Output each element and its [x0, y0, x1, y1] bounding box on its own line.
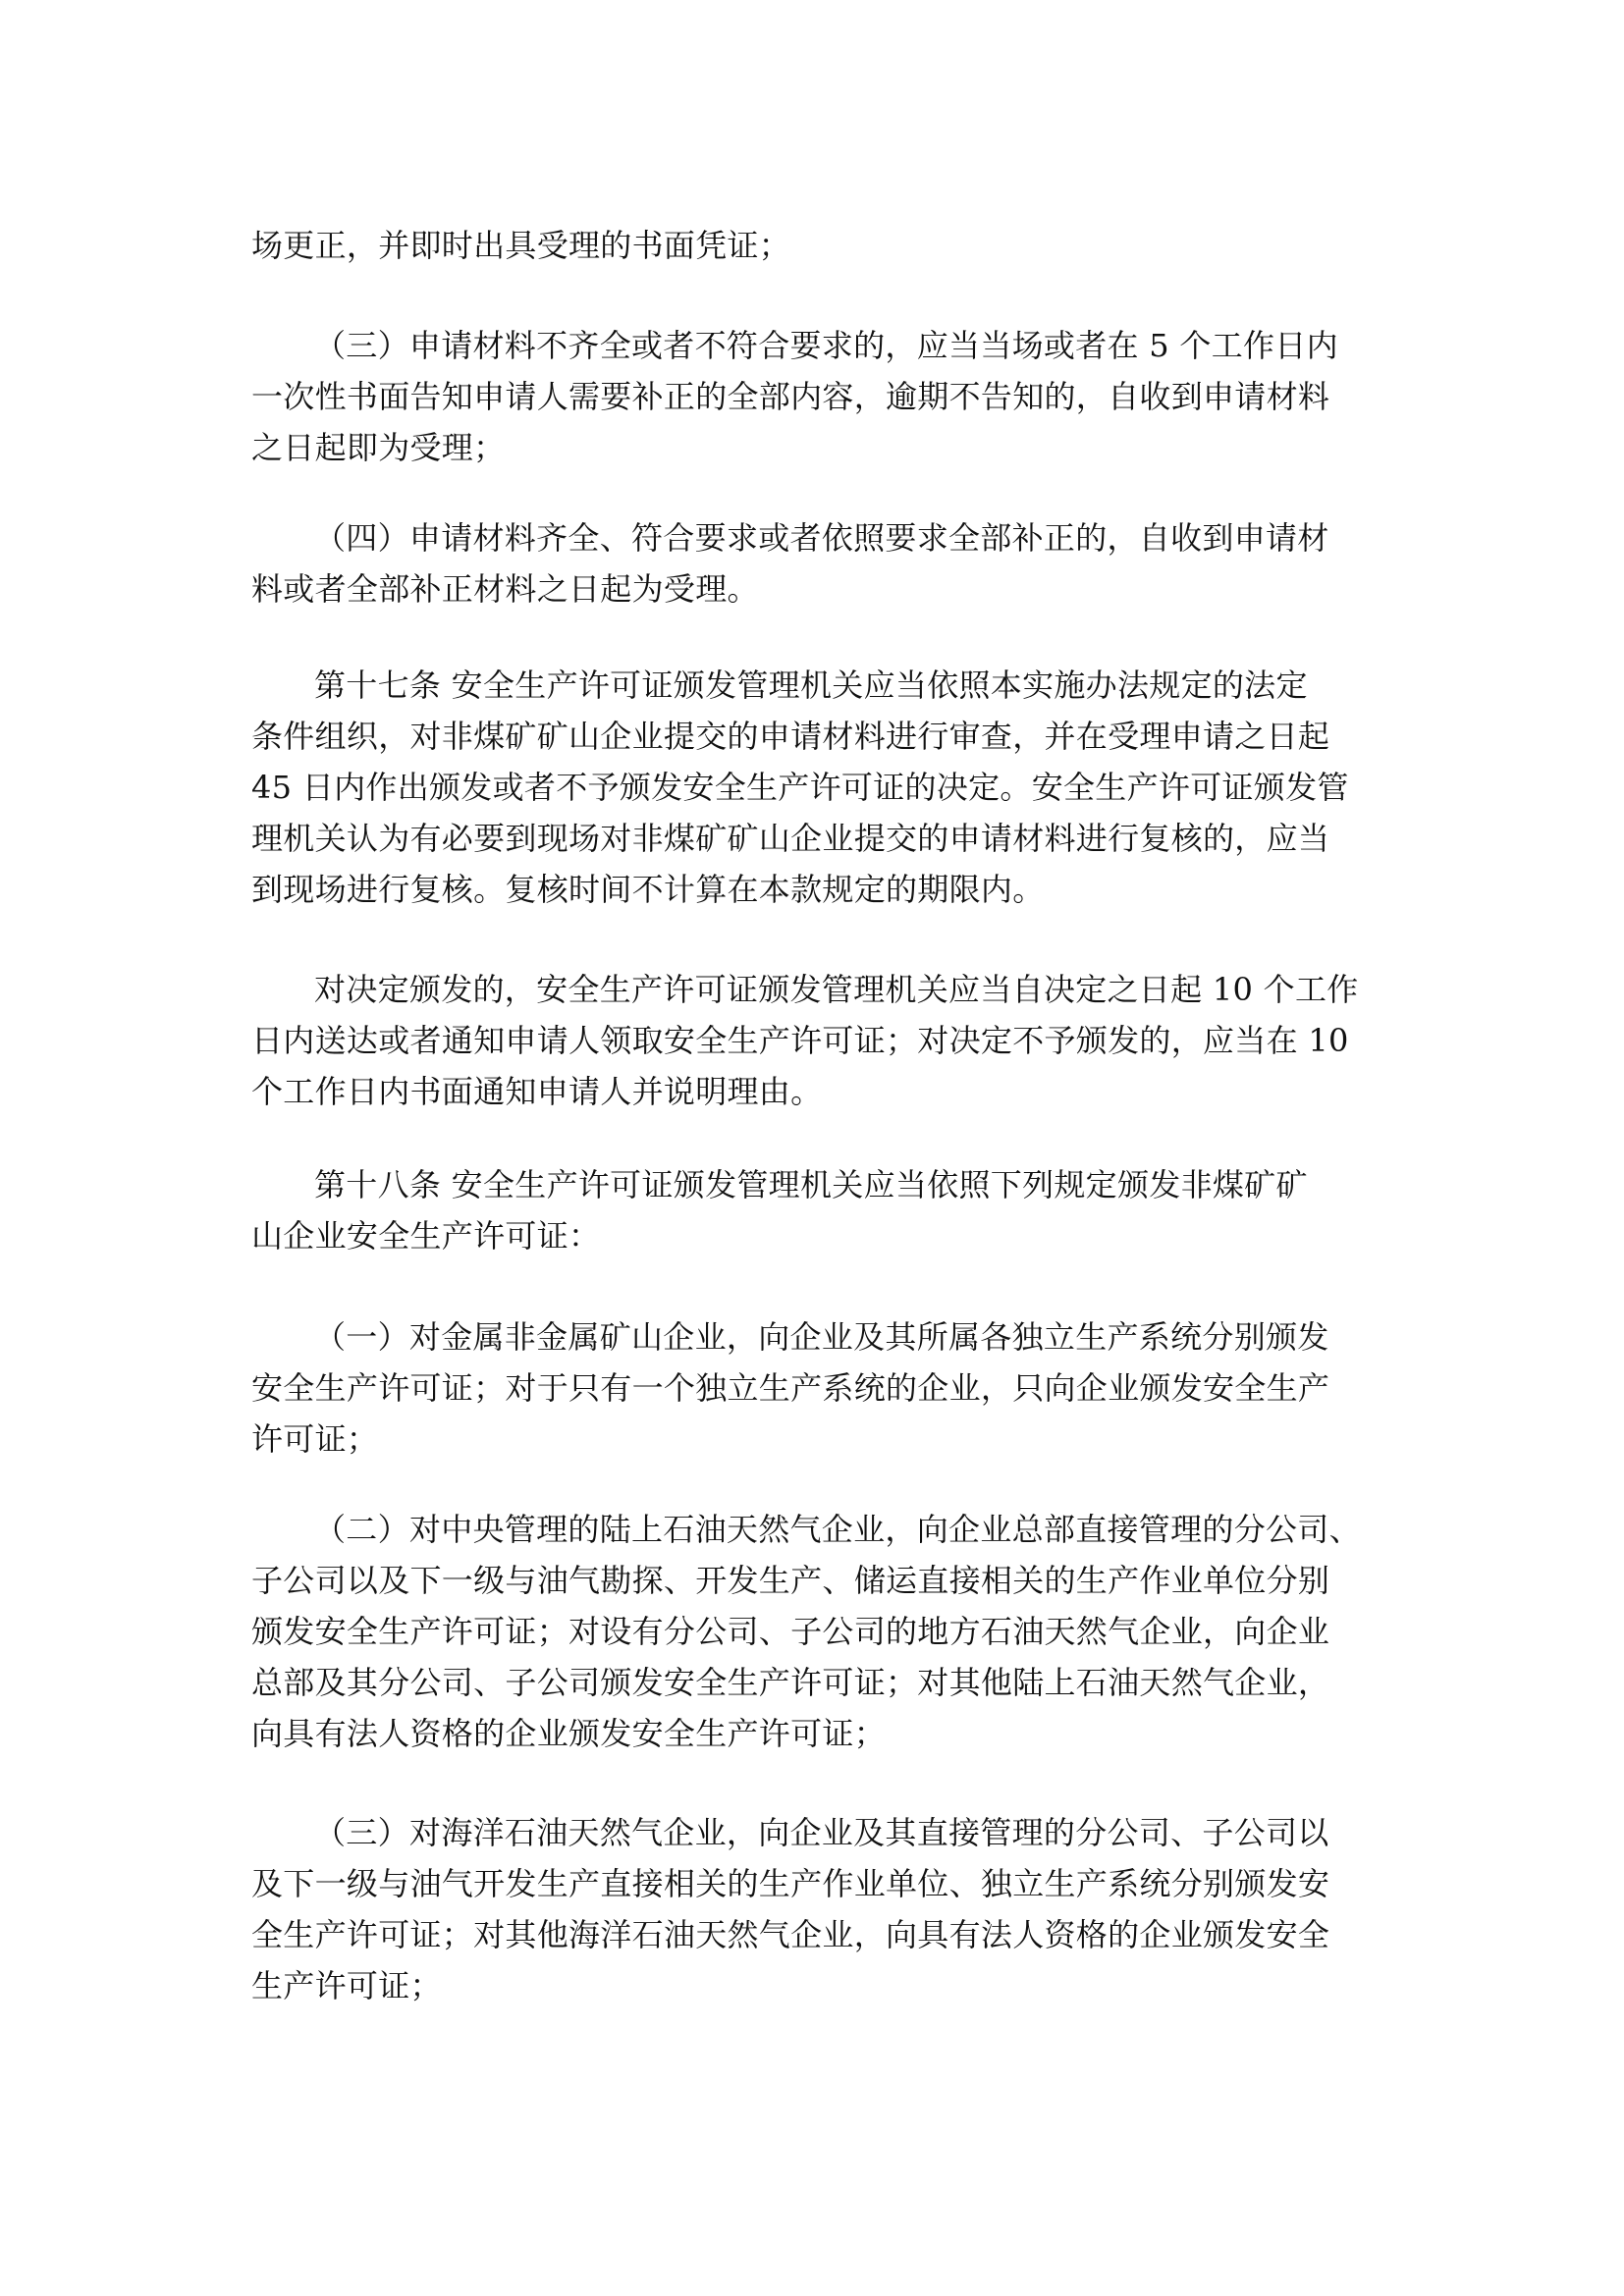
- text-line: 第十七条 安全生产许可证颁发管理机关应当依照本实施办法规定的法定: [251, 660, 1390, 711]
- text-line: 总部及其分公司、子公司颁发安全生产许可证；对其他陆上石油天然气企业，: [251, 1657, 1390, 1708]
- text-line: 第十八条 安全生产许可证颁发管理机关应当依照下列规定颁发非煤矿矿: [251, 1159, 1390, 1210]
- text-line: 安全生产许可证；对于只有一个独立生产系统的企业，只向企业颁发安全生产: [251, 1362, 1390, 1414]
- text-line: 颁发安全生产许可证；对设有分公司、子公司的地方石油天然气企业，向企业: [251, 1606, 1390, 1657]
- text-line: 生产许可证；: [251, 1960, 1390, 2011]
- paragraph-continuation: 场更正，并即时出具受理的书面凭证；: [251, 220, 1390, 271]
- text-line: （三）对海洋石油天然气企业，向企业及其直接管理的分公司、子公司以: [251, 1807, 1390, 1858]
- paragraph-article-18-item-3: （三）对海洋石油天然气企业，向企业及其直接管理的分公司、子公司以 及下一级与油气…: [251, 1807, 1390, 2011]
- paragraph-article-17: 第十七条 安全生产许可证颁发管理机关应当依照本实施办法规定的法定 条件组织，对非…: [251, 660, 1390, 915]
- text-line: 之日起即为受理；: [251, 422, 1390, 473]
- text-line: 日内送达或者通知申请人领取安全生产许可证；对决定不予颁发的，应当在 10: [251, 1015, 1390, 1066]
- text-line: 45 日内作出颁发或者不予颁发安全生产许可证的决定。安全生产许可证颁发管: [251, 762, 1390, 813]
- document-page: 场更正，并即时出具受理的书面凭证； （三）申请材料不齐全或者不符合要求的，应当当…: [0, 0, 1624, 2296]
- text-line: 子公司以及下一级与油气勘探、开发生产、储运直接相关的生产作业单位分别: [251, 1555, 1390, 1606]
- paragraph-article-18-item-1: （一）对金属非金属矿山企业，向企业及其所属各独立生产系统分别颁发 安全生产许可证…: [251, 1311, 1390, 1465]
- paragraph-article-18: 第十八条 安全生产许可证颁发管理机关应当依照下列规定颁发非煤矿矿 山企业安全生产…: [251, 1159, 1390, 1261]
- text-line: 到现场进行复核。复核时间不计算在本款规定的期限内。: [251, 864, 1390, 915]
- text-line: 全生产许可证；对其他海洋石油天然气企业，向具有法人资格的企业颁发安全: [251, 1909, 1390, 1960]
- paragraph-article-18-item-2: （二）对中央管理的陆上石油天然气企业，向企业总部直接管理的分公司、 子公司以及下…: [251, 1504, 1390, 1759]
- text-line: 一次性书面告知申请人需要补正的全部内容，逾期不告知的，自收到申请材料: [251, 371, 1390, 422]
- text-line: 场更正，并即时出具受理的书面凭证；: [251, 220, 1390, 271]
- text-line: （二）对中央管理的陆上石油天然气企业，向企业总部直接管理的分公司、: [251, 1504, 1390, 1555]
- text-line: 对决定颁发的，安全生产许可证颁发管理机关应当自决定之日起 10 个工作: [251, 964, 1390, 1015]
- paragraph-article-17-decision: 对决定颁发的，安全生产许可证颁发管理机关应当自决定之日起 10 个工作 日内送达…: [251, 964, 1390, 1117]
- paragraph-item-3-incomplete-materials: （三）申请材料不齐全或者不符合要求的，应当当场或者在 5 个工作日内 一次性书面…: [251, 320, 1390, 473]
- text-line: （一）对金属非金属矿山企业，向企业及其所属各独立生产系统分别颁发: [251, 1311, 1390, 1362]
- text-line: 及下一级与油气开发生产直接相关的生产作业单位、独立生产系统分别颁发安: [251, 1858, 1390, 1909]
- text-line: 料或者全部补正材料之日起为受理。: [251, 563, 1390, 614]
- text-line: 理机关认为有必要到现场对非煤矿矿山企业提交的申请材料进行复核的，应当: [251, 813, 1390, 864]
- text-line: 山企业安全生产许可证：: [251, 1210, 1390, 1261]
- text-line: 条件组织，对非煤矿矿山企业提交的申请材料进行审查，并在受理申请之日起: [251, 711, 1390, 762]
- text-line: 个工作日内书面通知申请人并说明理由。: [251, 1066, 1390, 1117]
- paragraph-item-4-complete-materials: （四）申请材料齐全、符合要求或者依照要求全部补正的，自收到申请材 料或者全部补正…: [251, 512, 1390, 614]
- text-line: 向具有法人资格的企业颁发安全生产许可证；: [251, 1708, 1390, 1759]
- text-line: （四）申请材料齐全、符合要求或者依照要求全部补正的，自收到申请材: [251, 512, 1390, 563]
- text-line: 许可证；: [251, 1414, 1390, 1465]
- text-line: （三）申请材料不齐全或者不符合要求的，应当当场或者在 5 个工作日内: [251, 320, 1390, 371]
